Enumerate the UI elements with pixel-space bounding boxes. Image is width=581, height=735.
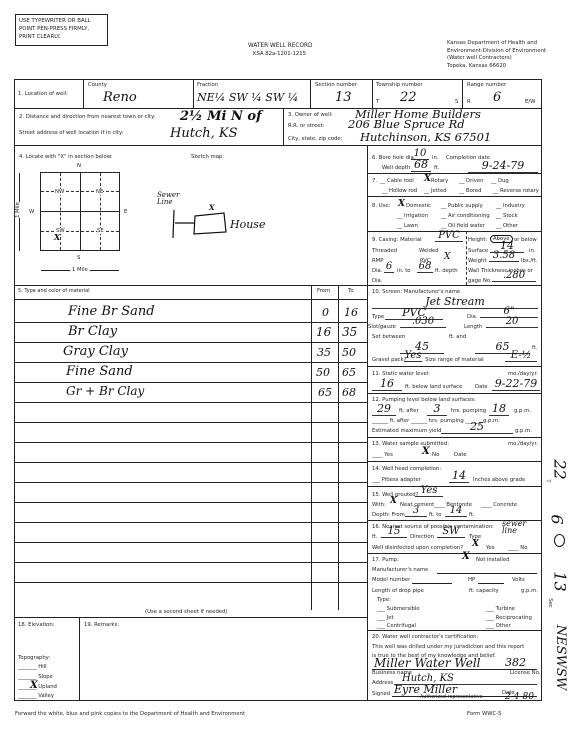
notice-line: POINT PEN-PRESS FIRMLY,: [19, 25, 104, 33]
margin-annotation: 22 T 6 13 Sec NESWSW: [548, 440, 580, 720]
well-depth-unit: ft.: [434, 165, 440, 171]
agency-line: Topeka, Kansas 66620: [447, 63, 546, 71]
address-label: Address: [372, 680, 393, 686]
grout-to[interactable]: 14: [445, 505, 467, 517]
pump-type-label: Type:: [377, 597, 391, 603]
locate-label: 4. Locate with "X" in section below:: [19, 154, 113, 160]
material-row-3[interactable]: Fine Sand: [66, 364, 133, 379]
sample-date-label: Date: [454, 452, 467, 458]
use-oil-field[interactable]: __ Oil field water: [441, 223, 485, 229]
agency-block: Kansas Department of Health and Environm…: [447, 40, 546, 70]
agency-line: Environment-Division of Environment: [447, 48, 546, 56]
completion-value[interactable]: 9-24-79: [468, 159, 538, 173]
fraction-label: Fraction: [197, 82, 218, 88]
margin-section: 13: [551, 571, 570, 591]
margin-range: 6: [548, 514, 567, 524]
range-value[interactable]: 6: [493, 90, 501, 105]
mile-horizontal: 1 Mile: [70, 267, 90, 273]
size-range-value[interactable]: E-½: [505, 350, 537, 362]
owner-label: 3. Owner of well:: [288, 112, 333, 118]
yield-value[interactable]: 25: [441, 420, 513, 434]
quad-ne: NE: [96, 189, 103, 195]
use-domestic[interactable]: Domestic: [406, 203, 431, 209]
materials-label: 5. Type and color of material: [18, 288, 90, 294]
slot-label: Slot/gauze: [368, 324, 396, 330]
weight-value[interactable]: 3.58: [489, 250, 519, 262]
margin-fraction: NESWSW: [553, 625, 568, 690]
use-lawn[interactable]: __ Lawn: [397, 223, 418, 229]
cert-date[interactable]: 2-4-80: [505, 692, 534, 702]
contamination-dir[interactable]: SW: [437, 526, 465, 538]
compass-w: W: [29, 209, 34, 215]
slot-value[interactable]: .030: [400, 316, 446, 328]
grout-mark: X: [390, 496, 397, 506]
street-value[interactable]: Hutch, KS: [170, 126, 237, 141]
material-row-0[interactable]: Fine Br Sand: [68, 304, 155, 319]
casing-dia1-value[interactable]: 6: [384, 261, 394, 273]
authorized-rep-label: Authorized representative: [420, 695, 483, 700]
casing-height-label: Height:: [468, 237, 487, 243]
contamination-ft-label: ft.: [372, 534, 378, 540]
screen-length-label: Length: [464, 324, 482, 330]
range-suffix: E/W: [525, 99, 535, 105]
range-prefix: R: [467, 99, 471, 105]
form-title: WATER WELL RECORD: [248, 43, 313, 49]
township-label: Township number: [376, 82, 423, 88]
quad-se: SE: [97, 228, 104, 234]
pump-volts: Volts: [512, 577, 525, 583]
casing-material[interactable]: PVC: [435, 230, 463, 242]
township-value[interactable]: 22: [400, 90, 417, 105]
section-label: Section number: [315, 82, 357, 88]
size-range-label: Size range of material: [425, 357, 484, 363]
disinfect-mark: X: [472, 539, 479, 549]
to-header: To: [348, 288, 354, 294]
sketch-x: X: [209, 203, 214, 212]
contamination-type[interactable]: sewer line: [502, 520, 542, 534]
compass-e: E: [124, 209, 127, 215]
method-mark: X: [424, 174, 431, 184]
section-value[interactable]: 13: [335, 90, 352, 105]
casing-in-to: in. to: [397, 268, 411, 274]
mile-vertical: 1 Mile: [15, 202, 21, 218]
pump-capacity: ft. capacity: [469, 588, 499, 594]
topo-hill[interactable]: _______ Hill: [18, 664, 47, 670]
pump-jet[interactable]: ___ Jet: [377, 615, 394, 621]
gravel-label: Gravel pack?: [372, 357, 406, 363]
business-name[interactable]: Miller Water Well: [374, 656, 481, 670]
method-bored[interactable]: __ Bored: [459, 188, 482, 194]
forward-instructions: Forward the white, blue and pink copies …: [15, 711, 245, 717]
location-label: 1. Location of well:: [18, 91, 68, 97]
static-value[interactable]: 16: [372, 377, 402, 391]
pumping-gpm-label: g.p.m.: [514, 408, 531, 414]
set-and: ft. and: [449, 334, 466, 340]
screen-dia-label: Dia.: [467, 314, 477, 320]
sketch-house: House: [230, 218, 265, 231]
from-row-2[interactable]: 35: [317, 346, 331, 359]
township-prefix: T: [376, 99, 379, 105]
gravel-value[interactable]: Yes: [404, 350, 422, 362]
casing-threaded[interactable]: Threaded: [372, 248, 397, 254]
use-stock[interactable]: __ Stock: [496, 213, 518, 219]
license-number[interactable]: 382: [505, 656, 526, 669]
margin-sec: Sec: [547, 598, 553, 608]
pump-centrifugal[interactable]: ___ Centrifugal: [377, 623, 416, 629]
method-reverse-rotary[interactable]: __ Reverse rotary: [493, 188, 539, 194]
grout-from[interactable]: 3: [405, 505, 427, 517]
use-industry[interactable]: __ Industry: [496, 203, 525, 209]
certification-text-1: This well was drilled under my jurisdict…: [372, 644, 524, 650]
pump-label: 17. Pump:: [372, 557, 399, 563]
pump-model: Model number: [372, 577, 410, 583]
township-suffix: S: [455, 99, 458, 105]
material-row-1[interactable]: Br Clay: [68, 324, 117, 339]
casing-dia1-label: Dia.: [372, 268, 382, 274]
to-row-2[interactable]: 50: [342, 346, 356, 359]
use-other[interactable]: __ Other: [496, 223, 518, 229]
method-jetted[interactable]: __ Jetted: [424, 188, 447, 194]
material-row-4[interactable]: Gr + Br Clay: [66, 384, 144, 398]
weight-unit: lbs./ft.: [521, 258, 538, 264]
use-mark: X: [398, 199, 405, 209]
compass-n: N: [77, 163, 81, 169]
sample-date-format: mo./day/yr.: [508, 441, 538, 447]
use-public-supply[interactable]: __ Public supply: [441, 203, 483, 209]
pumping-after: ft. after: [399, 408, 419, 414]
range-label: Range number: [467, 82, 506, 88]
screen-type-label: Type: [372, 314, 384, 320]
pump-not-installed[interactable]: Not installed: [476, 557, 509, 563]
casing-welded[interactable]: Welded: [419, 248, 439, 254]
margin-range-circle: [554, 534, 565, 547]
margin-t: T: [545, 479, 551, 482]
pump-hp: HP: [468, 577, 475, 583]
remarks-field[interactable]: [80, 630, 366, 700]
grout-with-label: With:: [372, 502, 386, 508]
casing-pvc-mark: X: [444, 252, 450, 262]
county-label: County: [88, 82, 107, 88]
method-num: 7.: [372, 178, 377, 184]
form-number: Form WWC-5: [467, 711, 501, 717]
casing-rmp[interactable]: RMP: [372, 258, 383, 264]
disinfect-label: Well disinfected upon completion?: [372, 545, 463, 551]
remarks-label: 19. Remarks:: [84, 622, 119, 628]
method-dug[interactable]: __ Dug: [491, 178, 509, 184]
gage-value[interactable]: .280: [492, 270, 536, 282]
grout-ft: ft.: [469, 512, 475, 518]
location-mark: X: [54, 232, 60, 242]
static-below: ft. below land surface: [405, 384, 462, 390]
casing-label: 9. Casing: Material: [372, 237, 422, 243]
sample-no[interactable]: No: [432, 452, 439, 458]
grout-concrete[interactable]: ____ Concrete: [481, 502, 517, 508]
elevation-label: 18. Elevation:: [18, 622, 55, 628]
bore-dia-unit: in.: [432, 155, 439, 161]
casing-dia2-label: Dia.: [372, 278, 382, 284]
pump-gpm: g.p.m.: [521, 588, 538, 594]
method-driven[interactable]: __ Driven: [459, 178, 483, 184]
use-label: 8. Use:: [372, 203, 390, 209]
to-row-3[interactable]: 65: [342, 366, 356, 379]
margin-township: 22: [551, 459, 570, 479]
owner-street-value[interactable]: 206 Blue Spruce Rd: [348, 117, 465, 131]
distance-value[interactable]: 2½ Mi N of: [180, 109, 262, 124]
agency-line: (Water well Contractors): [447, 55, 546, 63]
sample-mark: X: [422, 446, 430, 457]
topo-upland[interactable]: _______ Upland: [18, 684, 57, 690]
weight-label: Weight: [468, 258, 486, 264]
static-date-label: Date: [475, 384, 488, 390]
compass-s: S: [77, 255, 80, 261]
well-depth-value[interactable]: 68: [411, 158, 431, 172]
form-statute: KSA 82a-1201-1215: [253, 51, 306, 57]
from-row-0[interactable]: 0: [322, 306, 329, 319]
pump-drop-pipe: Length of drop pipe: [372, 588, 424, 594]
grout-depth-label: Depth: From: [372, 512, 405, 518]
surface-label: Surface: [468, 248, 488, 254]
from-header: From: [317, 288, 330, 294]
disinfect-yes[interactable]: Yes: [486, 545, 495, 551]
method-hollow-rod[interactable]: __ Hollow rod: [382, 188, 417, 194]
notice-box: USE TYPEWRITER OR BALL POINT PEN-PRESS F…: [15, 14, 108, 46]
grout-value[interactable]: Yes: [415, 485, 443, 497]
pitless-adapter[interactable]: ___ Pitless adapter: [372, 477, 421, 483]
to-row-4[interactable]: 68: [342, 386, 356, 399]
material-row-2[interactable]: Gray Clay: [63, 344, 128, 359]
materials-footnote: (Use a second sheet if needed): [145, 609, 228, 615]
pump-submersible[interactable]: ___ Submersible: [377, 606, 420, 612]
signed-label: Signed: [372, 691, 390, 697]
agency-line: Kansas Department of Health and: [447, 40, 546, 48]
static-date[interactable]: 9-22-79: [492, 377, 540, 391]
pumping-hrs-label: hrs. pumping: [451, 408, 486, 414]
distance-label: 2. Distance and direction from nearest t…: [19, 114, 156, 120]
pump-turbine[interactable]: ___ Turbine: [486, 606, 515, 612]
quad-nw: NW: [55, 189, 64, 195]
pump-manufacturer: Manufacturer's name: [372, 567, 428, 573]
sketch-label: Sketch map:: [191, 154, 224, 160]
screen-length[interactable]: 20: [486, 316, 538, 328]
pump-reciprocating[interactable]: ___ Reciprocating: [486, 615, 532, 621]
to-row-0[interactable]: 16: [344, 306, 358, 319]
method-rotary[interactable]: Rotary: [431, 178, 448, 184]
sketch-sewer: Sewer Line: [157, 192, 183, 206]
casing-ft-depth: ft. depth: [435, 268, 458, 274]
pump-mark: X: [462, 551, 470, 562]
contamination-dir-label: Direction: [410, 534, 434, 540]
grout-to-label: ft. to: [429, 512, 442, 518]
sample-yes[interactable]: ____ Yes: [372, 452, 393, 458]
to-row-1[interactable]: 35: [342, 325, 357, 339]
certification-label: 20. Water well contractor's certificatio…: [372, 634, 478, 640]
yield-unit: g.p.m.: [515, 428, 532, 434]
owner-street-label: R.R. or street:: [288, 123, 324, 129]
contamination-ft[interactable]: 15: [381, 526, 407, 538]
county-value[interactable]: Reno: [103, 90, 137, 105]
use-irrigation[interactable]: __ Irrigation: [397, 213, 428, 219]
pump-other[interactable]: ___ Other: [486, 623, 511, 629]
pumping-gpm[interactable]: 18: [489, 402, 509, 416]
street-label: Street address of well location if in ci…: [19, 130, 124, 136]
disinfect-no[interactable]: ____ No: [508, 545, 527, 551]
use-air-conditioning[interactable]: __ Air conditioning: [441, 213, 490, 219]
sample-label: 13. Water sample submitted:: [372, 441, 449, 447]
wellhead-unit: Inches above grade: [473, 477, 525, 483]
well-depth-label: Well depth: [382, 165, 410, 171]
from-row-3[interactable]: 50: [316, 366, 330, 379]
notice-line: PRINT CLEARLY.: [19, 33, 104, 41]
topography-label: Topography:: [18, 655, 50, 661]
casing-to1[interactable]: 68: [417, 261, 433, 273]
owner-city-label: City, state, zip code:: [288, 136, 342, 142]
yield-label: Estimated maximum yield: [372, 428, 442, 434]
surface-unit: in.: [529, 248, 536, 254]
from-row-4[interactable]: 65: [318, 386, 332, 399]
topo-valley[interactable]: _______ Valley: [18, 693, 54, 699]
pumping-hrs[interactable]: 3: [427, 402, 447, 416]
fraction-value[interactable]: NE¼ SW ¼ SW ¼: [197, 91, 298, 104]
bore-dia-label: 6. Bore hole dia.: [372, 155, 415, 161]
pumping-ft[interactable]: 29: [372, 402, 396, 416]
wellhead-label: 14. Well head completion:: [372, 466, 441, 472]
notice-line: USE TYPEWRITER OR BALL: [19, 17, 104, 25]
from-row-1[interactable]: 16: [316, 325, 331, 339]
wellhead-value[interactable]: 14: [449, 469, 469, 483]
method-cable-tool[interactable]: __ Cable tool: [380, 178, 414, 184]
gage-label: gage No.: [468, 278, 492, 284]
owner-city-value[interactable]: Hutchinson, KS 67501: [360, 130, 491, 144]
